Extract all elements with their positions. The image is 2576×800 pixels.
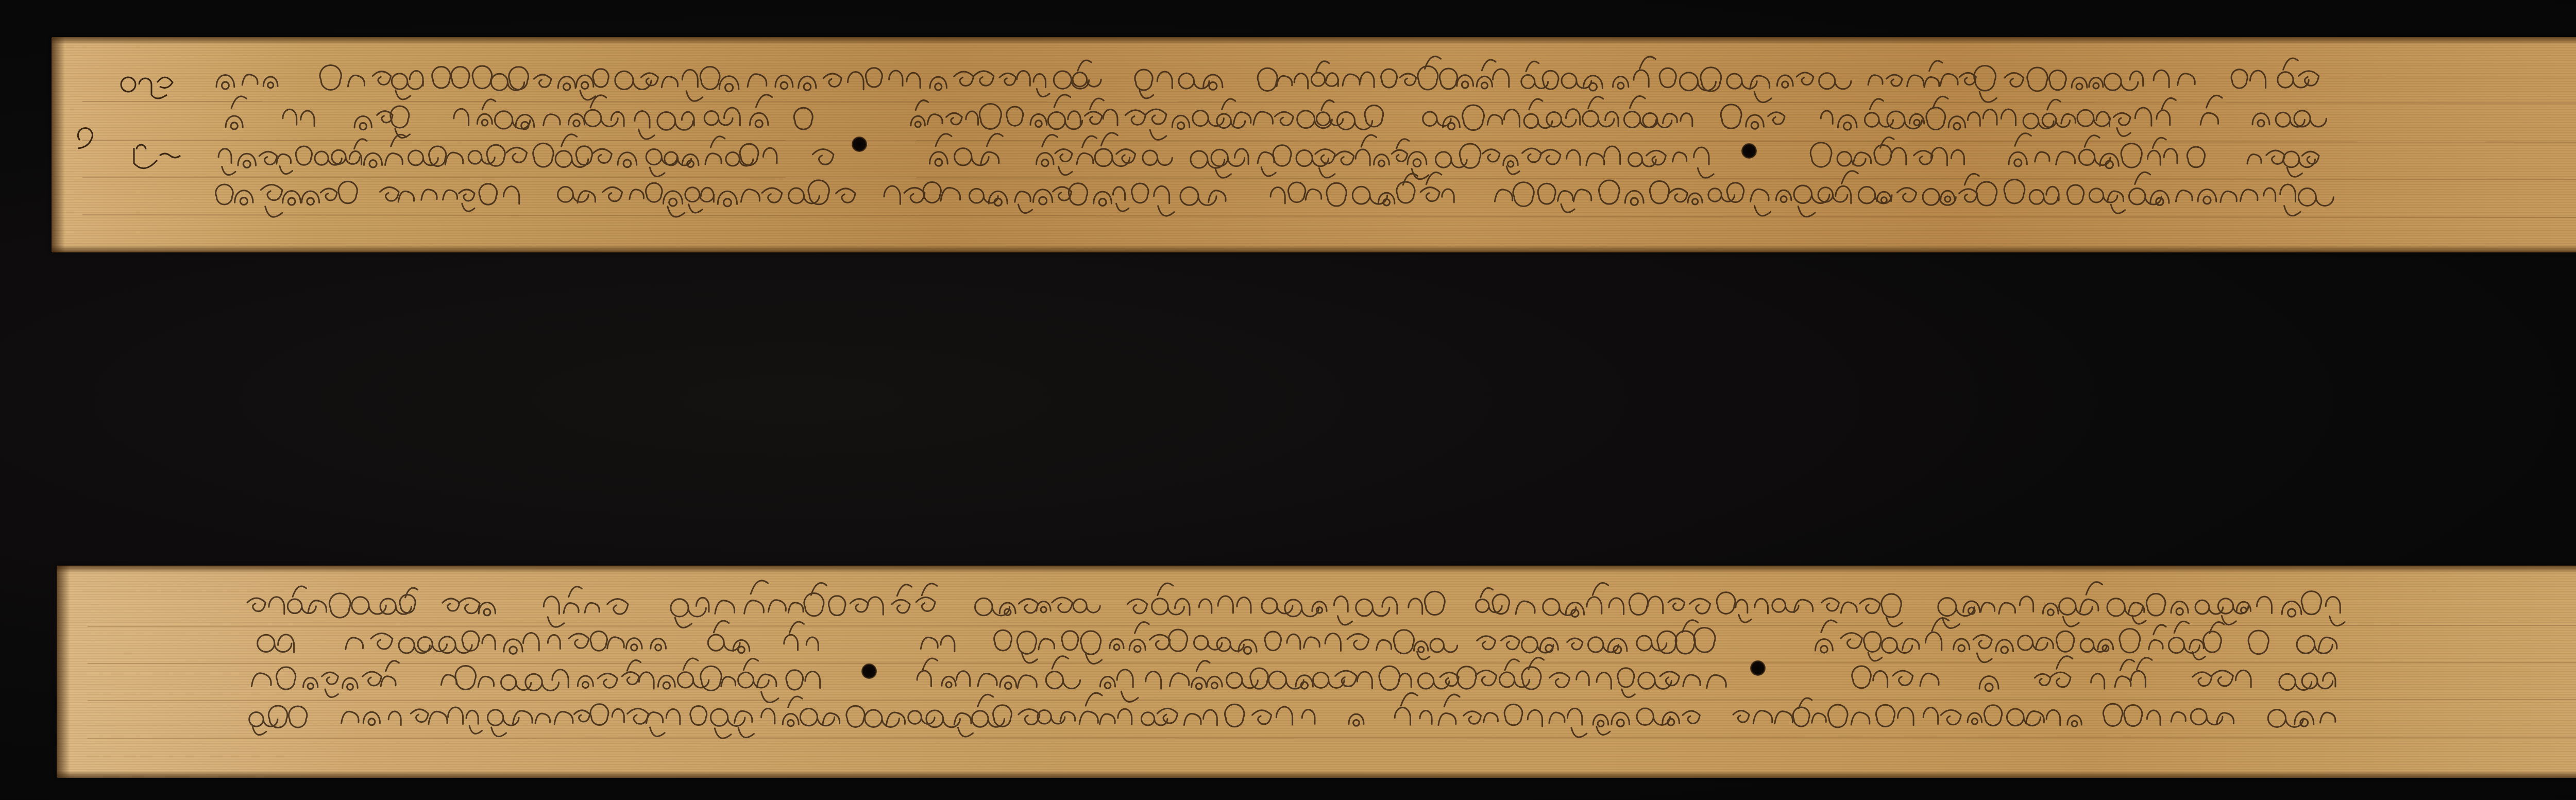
top-palm-leaf: ကတုဂ္ဂ	[52, 37, 2576, 252]
margin-notation	[78, 77, 180, 168]
leaf-edge	[57, 566, 2576, 573]
binding-hole	[861, 663, 877, 679]
leaf-edge	[52, 37, 2576, 44]
leaf-edge	[52, 37, 65, 252]
leaf-edge	[52, 245, 2576, 252]
burmese-script-text	[57, 566, 2576, 778]
leaf-edge	[57, 566, 70, 778]
bottom-palm-leaf	[57, 566, 2576, 778]
binding-hole	[1741, 143, 1757, 159]
burmese-script-text	[52, 37, 2576, 252]
binding-hole	[852, 137, 867, 152]
binding-hole	[1750, 660, 1766, 676]
leaf-edge	[57, 771, 2576, 778]
